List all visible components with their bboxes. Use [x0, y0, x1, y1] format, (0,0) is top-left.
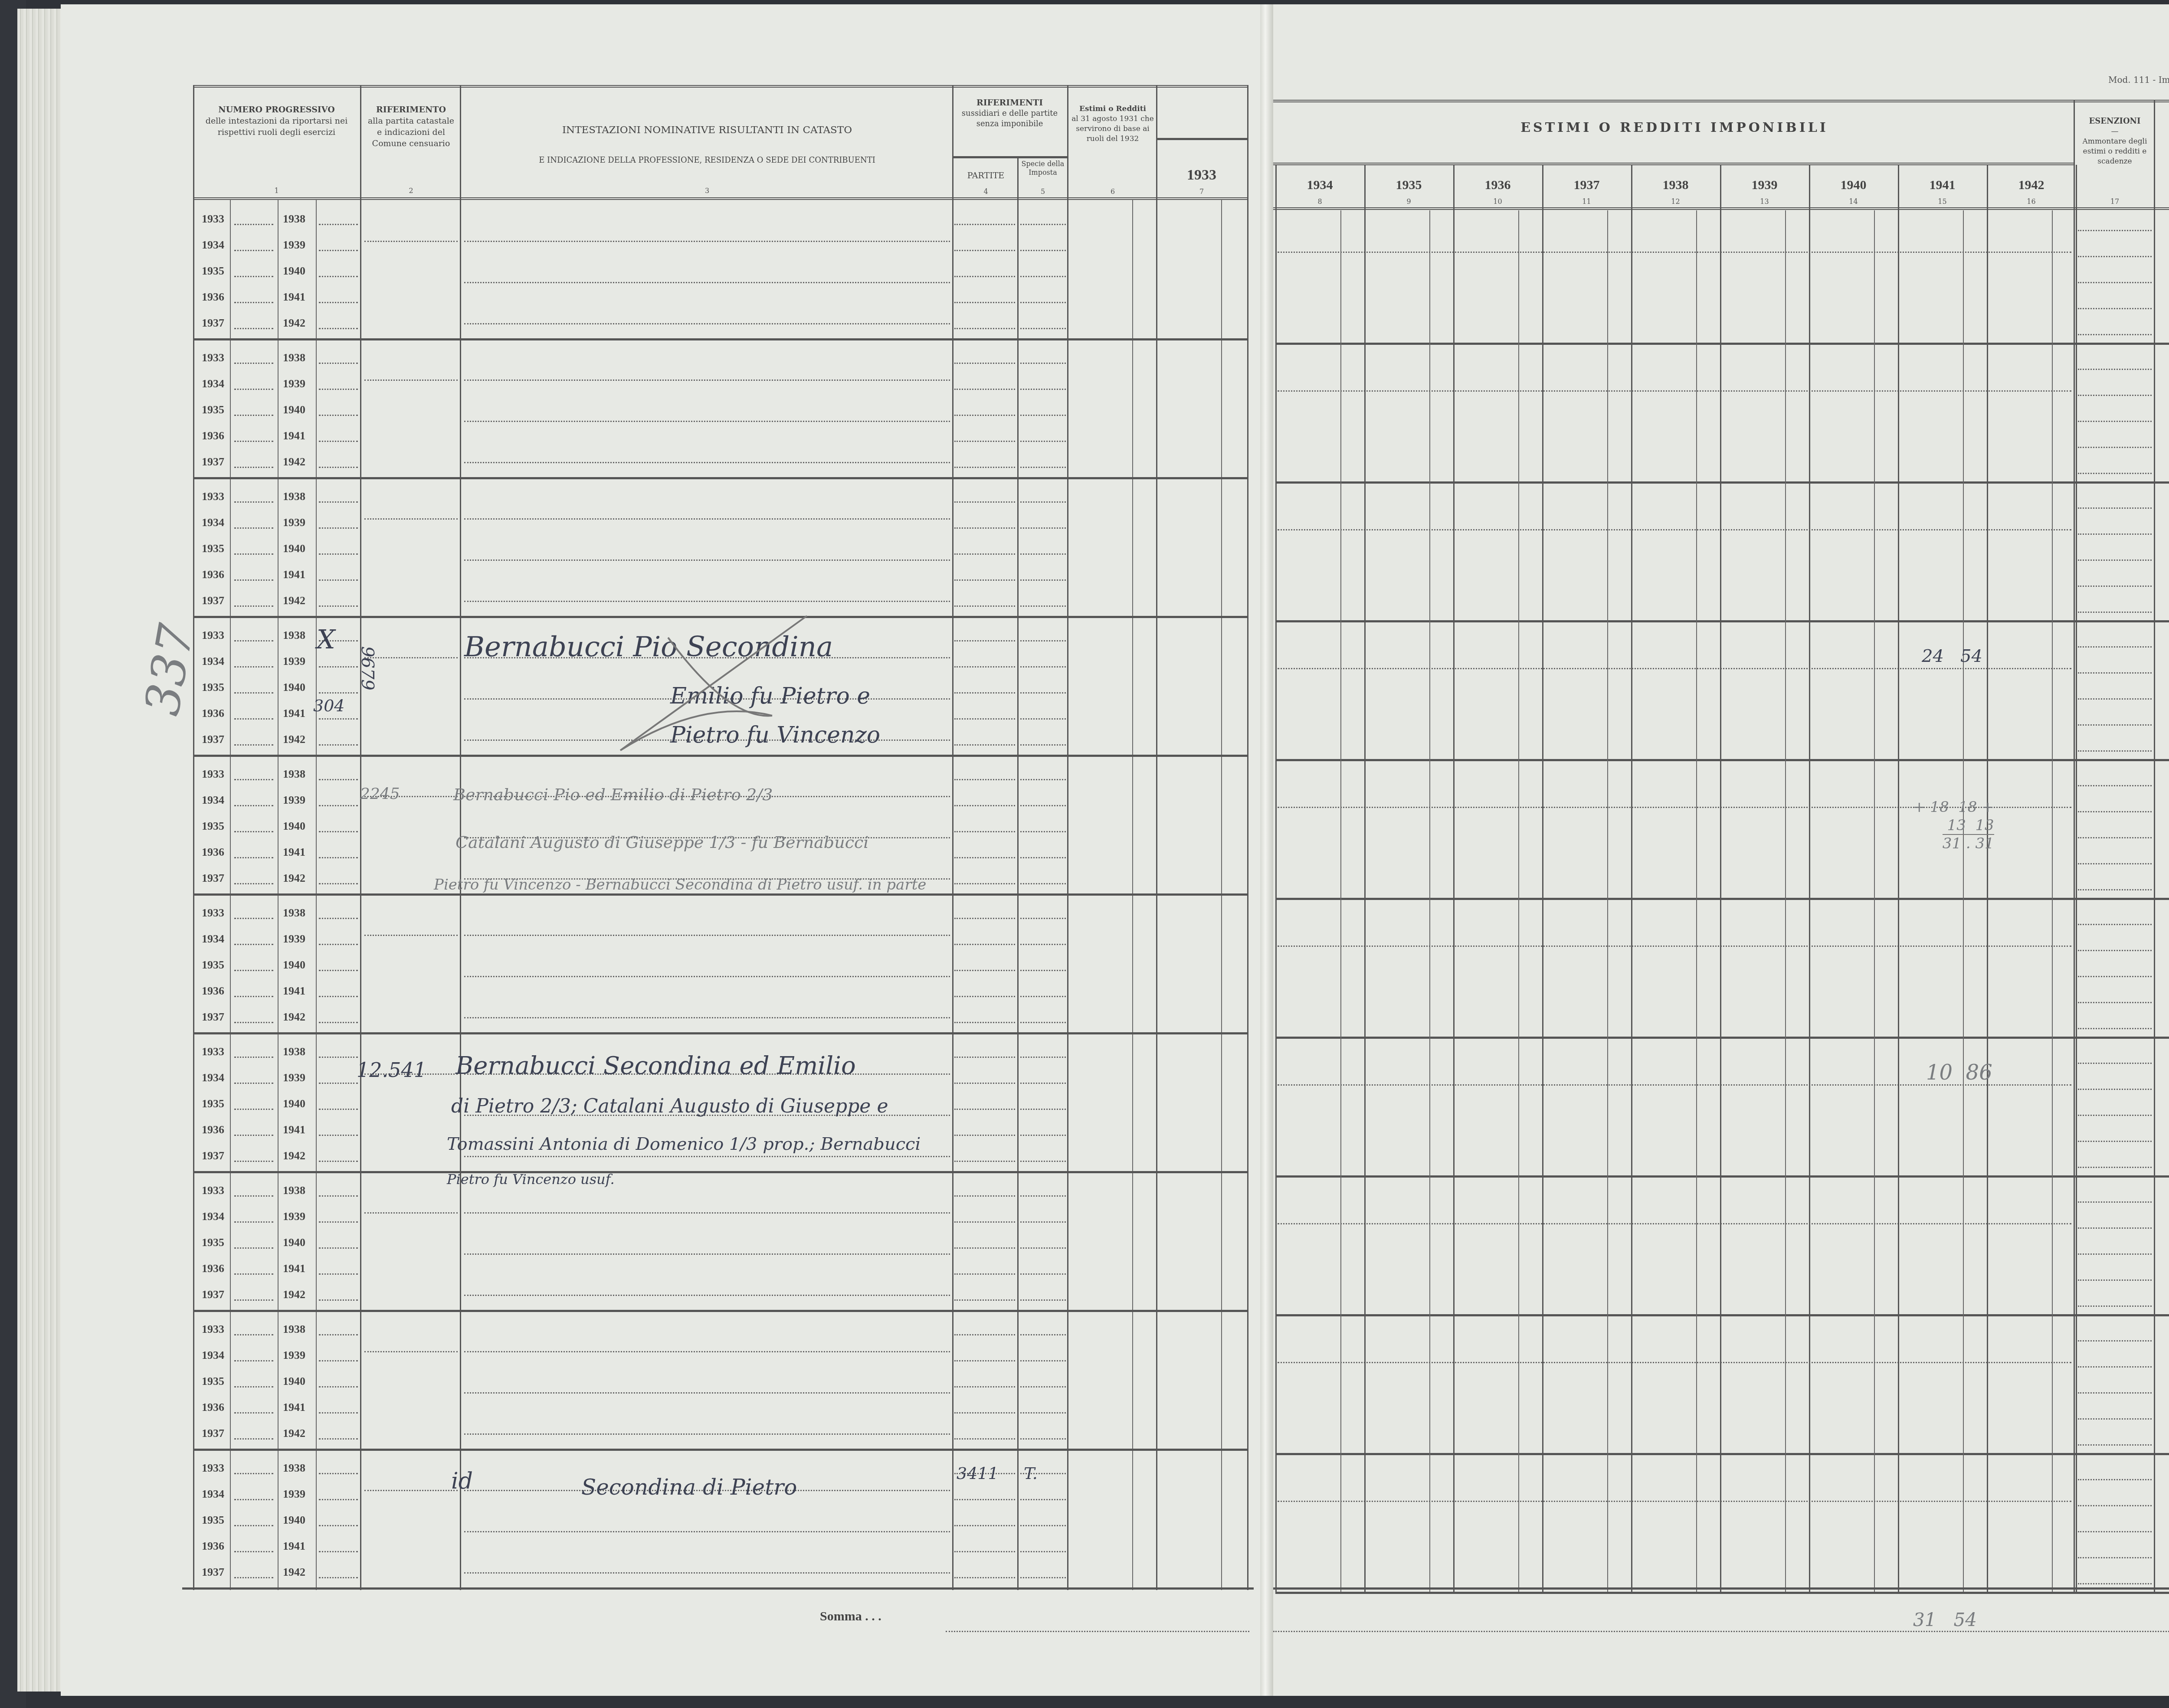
row-block-divider	[1275, 1453, 2169, 1455]
entry-line	[234, 805, 273, 806]
year-label: 1933	[202, 351, 224, 364]
entry-line	[319, 1109, 358, 1110]
entry-line	[2078, 334, 2152, 335]
entry-line	[954, 779, 1015, 780]
entry-line	[2078, 1392, 2152, 1394]
name-line	[464, 421, 950, 422]
entry-line	[1020, 1247, 1066, 1249]
entry-line	[2078, 863, 2152, 864]
entry-line	[319, 857, 358, 858]
entry-line	[234, 250, 273, 251]
header-col3-sub: E INDICAZIONE DELLA PROFESSIONE, RESIDEN…	[464, 154, 950, 167]
partita-line	[364, 380, 458, 381]
entry-line	[954, 224, 1015, 225]
entry-line	[2078, 1505, 2152, 1506]
estimo-line	[1278, 252, 2071, 253]
year-label: 1938	[283, 1045, 305, 1058]
entry-line	[2078, 785, 2152, 786]
entry-line	[2078, 421, 2152, 422]
form-code: Mod. 111 - Imposte Dirette (Intercalare)…	[2108, 75, 2169, 85]
column-number: 11	[1542, 197, 1631, 206]
year-label: 1933	[202, 906, 224, 919]
column-number: 10	[1453, 197, 1542, 206]
name-line	[464, 1017, 950, 1018]
year-label: 1934	[202, 377, 224, 390]
entry-line	[2078, 308, 2152, 309]
entry-line	[319, 553, 358, 555]
year-label: 1941	[283, 1401, 305, 1414]
year-label: 1935	[202, 542, 224, 555]
entry-line	[1020, 718, 1066, 720]
year-label: 1939	[283, 1488, 305, 1501]
estimo-1941-entry7: 10 86	[1926, 1060, 1992, 1085]
header-1933: 1933	[1156, 167, 1247, 183]
year-label: 1936	[202, 291, 224, 304]
cents-divider	[1518, 210, 1519, 1592]
entry-line	[954, 1109, 1015, 1110]
entry-line	[319, 467, 358, 468]
year-label: 1936	[202, 568, 224, 581]
year-label: 1934	[202, 794, 224, 807]
entry-line	[1020, 363, 1066, 364]
entry-line	[954, 857, 1015, 858]
year-label: 1942	[283, 594, 305, 607]
entry-line	[954, 1135, 1015, 1136]
estimo-1941-entry4: 24 54	[1922, 646, 1982, 666]
entry-line	[2078, 724, 2152, 726]
entry-line	[319, 605, 358, 607]
header-year-2: 1936	[1453, 178, 1542, 193]
header-year-1: 1935	[1364, 178, 1453, 193]
entry-line	[234, 1499, 273, 1500]
partita-line	[364, 1212, 458, 1214]
partita-line	[364, 241, 458, 242]
entry-mark-x: X	[317, 625, 335, 655]
year-column-divider	[2076, 165, 2077, 1592]
entry-line	[234, 1412, 273, 1414]
entry-line	[954, 666, 1015, 667]
year-label: 1941	[283, 1123, 305, 1136]
name-line	[464, 462, 950, 463]
entry-line	[954, 441, 1015, 442]
year-label: 1940	[283, 1236, 305, 1249]
entry-line	[2078, 1279, 2152, 1281]
header-year-8: 1942	[1987, 178, 2076, 193]
year-label: 1939	[283, 1071, 305, 1084]
entry-line	[2078, 230, 2152, 231]
entry-line	[2078, 560, 2152, 561]
book-gutter	[1260, 4, 1273, 1696]
entry-line	[2078, 750, 2152, 752]
entry-line	[1020, 1221, 1066, 1223]
entry-line	[954, 944, 1015, 945]
entry-line	[2078, 447, 2152, 448]
name-line	[464, 1351, 950, 1352]
year-label: 1937	[202, 733, 224, 746]
entry-line	[234, 1135, 273, 1136]
entry-line	[1020, 831, 1066, 832]
year-label: 1938	[283, 906, 305, 919]
column-number: 9	[1364, 197, 1453, 206]
year-label: 1940	[283, 1097, 305, 1110]
entry-line	[319, 1525, 358, 1526]
header-col3-title: INTESTAZIONI NOMINATIVE RISULTANTI IN CA…	[464, 124, 950, 137]
entry-line	[319, 1247, 358, 1249]
year-label: 1942	[283, 872, 305, 885]
entry-partita: 2245	[360, 785, 400, 803]
entry-line	[2078, 586, 2152, 587]
entry-line	[319, 1135, 358, 1136]
entry-line	[234, 831, 273, 832]
entry-partita: 9679	[357, 646, 377, 690]
entry-line	[954, 250, 1015, 251]
year-label: 1941	[283, 707, 305, 720]
entry-line	[1020, 1195, 1066, 1197]
year-label: 1938	[283, 768, 305, 781]
estimo-line	[1278, 529, 2071, 530]
entry-line	[1020, 944, 1066, 945]
year-label: 1942	[283, 317, 305, 330]
entry-line	[234, 328, 273, 329]
entry-line	[1020, 1161, 1066, 1162]
entry-line	[954, 1195, 1015, 1197]
year-label: 1935	[202, 1097, 224, 1110]
entry-line	[2078, 698, 2152, 700]
entry-line	[1020, 605, 1066, 607]
row-block-divider	[193, 1310, 1247, 1312]
row-block-divider	[1275, 1037, 2169, 1039]
entry-line	[234, 666, 273, 667]
year-label: 1937	[202, 317, 224, 330]
entry-line	[319, 996, 358, 997]
entry-line	[954, 1247, 1015, 1249]
year-column-divider	[1987, 165, 1988, 1592]
entry-line	[1020, 1334, 1066, 1335]
entry-line	[1020, 1525, 1066, 1526]
header-year-6: 1940	[1809, 178, 1898, 193]
year-label: 1939	[283, 933, 305, 946]
year-label: 1933	[202, 1184, 224, 1197]
entry-line	[954, 1551, 1015, 1552]
entry-line	[234, 415, 273, 416]
entry-line	[319, 744, 358, 746]
header-year-7: 1941	[1898, 178, 1987, 193]
year-column-divider	[1364, 165, 1366, 1592]
year-label: 1938	[283, 1462, 305, 1475]
estimo-line	[1278, 668, 2071, 669]
year-column-divider	[1631, 165, 1632, 1592]
partita-line	[364, 657, 458, 658]
entry-line	[319, 501, 358, 503]
entry-line	[954, 883, 1015, 884]
entry-name-line3: Tomassini Antonia di Domenico 1/3 prop.;…	[447, 1134, 921, 1154]
row-block-divider	[1275, 481, 2169, 484]
entry-name-line3: Pietro fu Vincenzo - Bernabucci Secondin…	[434, 876, 926, 893]
year-label: 1940	[283, 403, 305, 416]
entry-line	[1020, 1273, 1066, 1275]
entry-line	[2078, 1366, 2152, 1368]
year-label: 1936	[202, 429, 224, 442]
entry-line	[234, 527, 273, 529]
entry-line	[1020, 692, 1066, 694]
year-label: 1939	[283, 516, 305, 529]
entry-line	[954, 1057, 1015, 1058]
header-year-3: 1937	[1542, 178, 1631, 193]
entry-line	[234, 224, 273, 225]
entry-line	[2078, 612, 2152, 613]
estimo-1941-entry5: + 18 18 +13 1331 . 31	[1913, 798, 1994, 853]
entry-line	[954, 389, 1015, 390]
entry-line	[319, 805, 358, 806]
year-label: 1939	[283, 1349, 305, 1362]
year-label: 1934	[202, 239, 224, 252]
entry-line	[234, 1299, 273, 1301]
name-line	[464, 1212, 950, 1214]
entry-line	[234, 1473, 273, 1474]
row-block-divider	[193, 1032, 1247, 1034]
row-block-divider	[193, 893, 1247, 896]
entry-line	[319, 883, 358, 884]
entry-line	[319, 250, 358, 251]
entry-line	[319, 527, 358, 529]
year-label: 1940	[283, 1514, 305, 1527]
entry-line	[1020, 779, 1066, 780]
entry-line	[2078, 1583, 2152, 1584]
entry-line	[234, 1360, 273, 1361]
entry-line	[2078, 1141, 2152, 1142]
entry-line	[954, 467, 1015, 468]
header-annotazioni: ANNOTAZIONI	[2156, 150, 2169, 163]
year-label: 1936	[202, 846, 224, 859]
entry-line	[2078, 1531, 2152, 1532]
entry-name-line1: Bernabucci Secondina ed Emilio	[455, 1052, 856, 1080]
entry-line	[319, 1334, 358, 1335]
entry-line	[954, 605, 1015, 607]
entry-line	[954, 1273, 1015, 1275]
entry-line	[1020, 857, 1066, 858]
entry-line	[234, 692, 273, 694]
column-number: 8	[1275, 197, 1364, 206]
cents-divider	[1874, 210, 1875, 1592]
name-line	[464, 560, 950, 561]
entry-line	[319, 1022, 358, 1023]
entry-line	[954, 1360, 1015, 1361]
entry-line	[1020, 1386, 1066, 1387]
entry-line	[234, 1247, 273, 1249]
year-column-divider	[1898, 165, 1899, 1592]
entry-line	[234, 1161, 273, 1162]
year-label: 1939	[283, 794, 305, 807]
cents-divider	[1340, 210, 1341, 1592]
entry-line	[2078, 1002, 2152, 1003]
entry-line	[319, 692, 358, 694]
entry-line	[319, 1438, 358, 1440]
row-block-divider	[1275, 898, 2169, 900]
entry-line	[2078, 507, 2152, 509]
entry-line	[2078, 1479, 2152, 1480]
entry-line	[954, 805, 1015, 806]
entry-line	[319, 1057, 358, 1058]
entry-line	[234, 1551, 273, 1552]
entry-line	[2078, 950, 2152, 951]
entry-line	[2078, 473, 2152, 474]
header-year-0: 1934	[1275, 178, 1364, 193]
year-label: 1942	[283, 733, 305, 746]
entry-line	[319, 441, 358, 442]
partita-line	[364, 1490, 458, 1491]
row-block-divider	[1275, 1314, 2169, 1316]
entry-line	[319, 1360, 358, 1361]
year-label: 1938	[283, 490, 305, 503]
entry-line	[954, 1334, 1015, 1335]
year-label: 1937	[202, 872, 224, 885]
entry-line	[234, 779, 273, 780]
entry-line	[319, 1473, 358, 1474]
year-label: 1942	[283, 455, 305, 468]
entry-line	[319, 918, 358, 919]
row-block-divider	[193, 1171, 1247, 1173]
entry-line	[1020, 1022, 1066, 1023]
name-line	[464, 601, 950, 602]
entry-line	[319, 666, 358, 667]
header-esenzioni: ESENZIONI — Ammontare degli estimi o red…	[2076, 116, 2154, 167]
year-label: 1937	[202, 1566, 224, 1579]
estimo-line	[1278, 946, 2071, 947]
entry-line	[954, 328, 1015, 329]
entry-line	[2078, 1063, 2152, 1064]
entry-line	[954, 1221, 1015, 1223]
entry-line	[2078, 1167, 2152, 1168]
entry-line	[1020, 389, 1066, 390]
year-label: 1941	[283, 291, 305, 304]
entry-line	[234, 1577, 273, 1578]
entry-line	[1020, 553, 1066, 555]
year-label: 1940	[283, 1375, 305, 1388]
entry-line	[954, 1499, 1015, 1500]
entry-mark-304: 304	[313, 696, 345, 715]
entry-line	[2078, 889, 2152, 890]
entry-line	[1020, 918, 1066, 919]
entry-line	[319, 779, 358, 780]
entry-line	[1020, 1057, 1066, 1058]
row-block-divider	[193, 755, 1247, 757]
header-partite: PARTITE	[954, 169, 1017, 182]
column-number: 16	[1987, 197, 2076, 206]
name-line	[464, 380, 950, 381]
entry-line	[2078, 256, 2152, 257]
entry-line	[234, 1221, 273, 1223]
year-label: 1933	[202, 768, 224, 781]
entry-line	[319, 1221, 358, 1223]
right-page	[1269, 4, 2169, 1696]
entry-line	[2078, 837, 2152, 838]
cents-divider	[1785, 210, 1786, 1592]
entry-line	[319, 970, 358, 971]
entry-line	[954, 1412, 1015, 1414]
entry-line	[954, 579, 1015, 581]
entry-line	[319, 579, 358, 581]
entry-line	[954, 744, 1015, 746]
name-line	[464, 1253, 950, 1255]
year-label: 1935	[202, 1236, 224, 1249]
entry-line	[319, 1577, 358, 1578]
year-column-divider	[1809, 165, 1810, 1592]
name-line	[464, 1392, 950, 1394]
entry-line	[319, 363, 358, 364]
entry-line	[234, 389, 273, 390]
entry-line	[234, 918, 273, 919]
entry-line	[234, 1386, 273, 1387]
year-label: 1941	[283, 429, 305, 442]
row-block-divider	[193, 1449, 1247, 1451]
year-label: 1936	[202, 707, 224, 720]
year-label: 1941	[283, 846, 305, 859]
year-label: 1942	[283, 1011, 305, 1024]
entry-line	[234, 640, 273, 641]
page-edges-left	[17, 9, 65, 1692]
row-block-divider	[1275, 620, 2169, 622]
entry-line	[2078, 369, 2152, 370]
entry-line	[234, 718, 273, 720]
entry-line	[234, 944, 273, 945]
entry-line	[2078, 1253, 2152, 1255]
year-label: 1939	[283, 655, 305, 668]
entry-line	[1020, 1438, 1066, 1440]
entry-line	[234, 441, 273, 442]
row-block-divider	[1275, 759, 2169, 761]
entry-line	[954, 640, 1015, 641]
somma-label: Somma . . .	[820, 1609, 881, 1624]
entry-line	[319, 1195, 358, 1197]
year-label: 1934	[202, 1349, 224, 1362]
year-label: 1937	[202, 1149, 224, 1162]
entry-line	[234, 996, 273, 997]
name-line	[464, 935, 950, 936]
cents-divider	[1963, 210, 1964, 1592]
header-col1: NUMERO PROGRESSIVO delle intestazioni da…	[195, 104, 358, 138]
year-label: 1936	[202, 1262, 224, 1275]
entry-line	[319, 1499, 358, 1500]
row-block-divider	[193, 477, 1247, 479]
entry-line	[954, 302, 1015, 303]
entry-line	[1020, 1551, 1066, 1552]
entry-line	[319, 1551, 358, 1552]
year-label: 1933	[202, 1323, 224, 1336]
entry-line	[319, 224, 358, 225]
year-label: 1939	[283, 239, 305, 252]
name-line	[464, 1531, 950, 1532]
entry-line	[1020, 1299, 1066, 1301]
entry-line	[2078, 1444, 2152, 1446]
entry-line	[234, 970, 273, 971]
year-label: 1934	[202, 655, 224, 668]
entry-line	[2078, 1201, 2152, 1203]
year-column-divider	[1720, 165, 1721, 1592]
row-block-divider	[1275, 343, 2169, 345]
year-label: 1937	[202, 594, 224, 607]
entry-line	[1020, 1360, 1066, 1361]
entry-line	[2078, 1306, 2152, 1307]
entry-ref-partite: 3411	[957, 1464, 999, 1483]
entry-line	[234, 553, 273, 555]
year-column-divider	[1453, 165, 1455, 1592]
year-label: 1941	[283, 1540, 305, 1553]
entry-line	[1020, 302, 1066, 303]
year-label: 1936	[202, 985, 224, 998]
entry-line	[954, 363, 1015, 364]
entry-line	[1020, 640, 1066, 641]
entry-line	[319, 1273, 358, 1275]
